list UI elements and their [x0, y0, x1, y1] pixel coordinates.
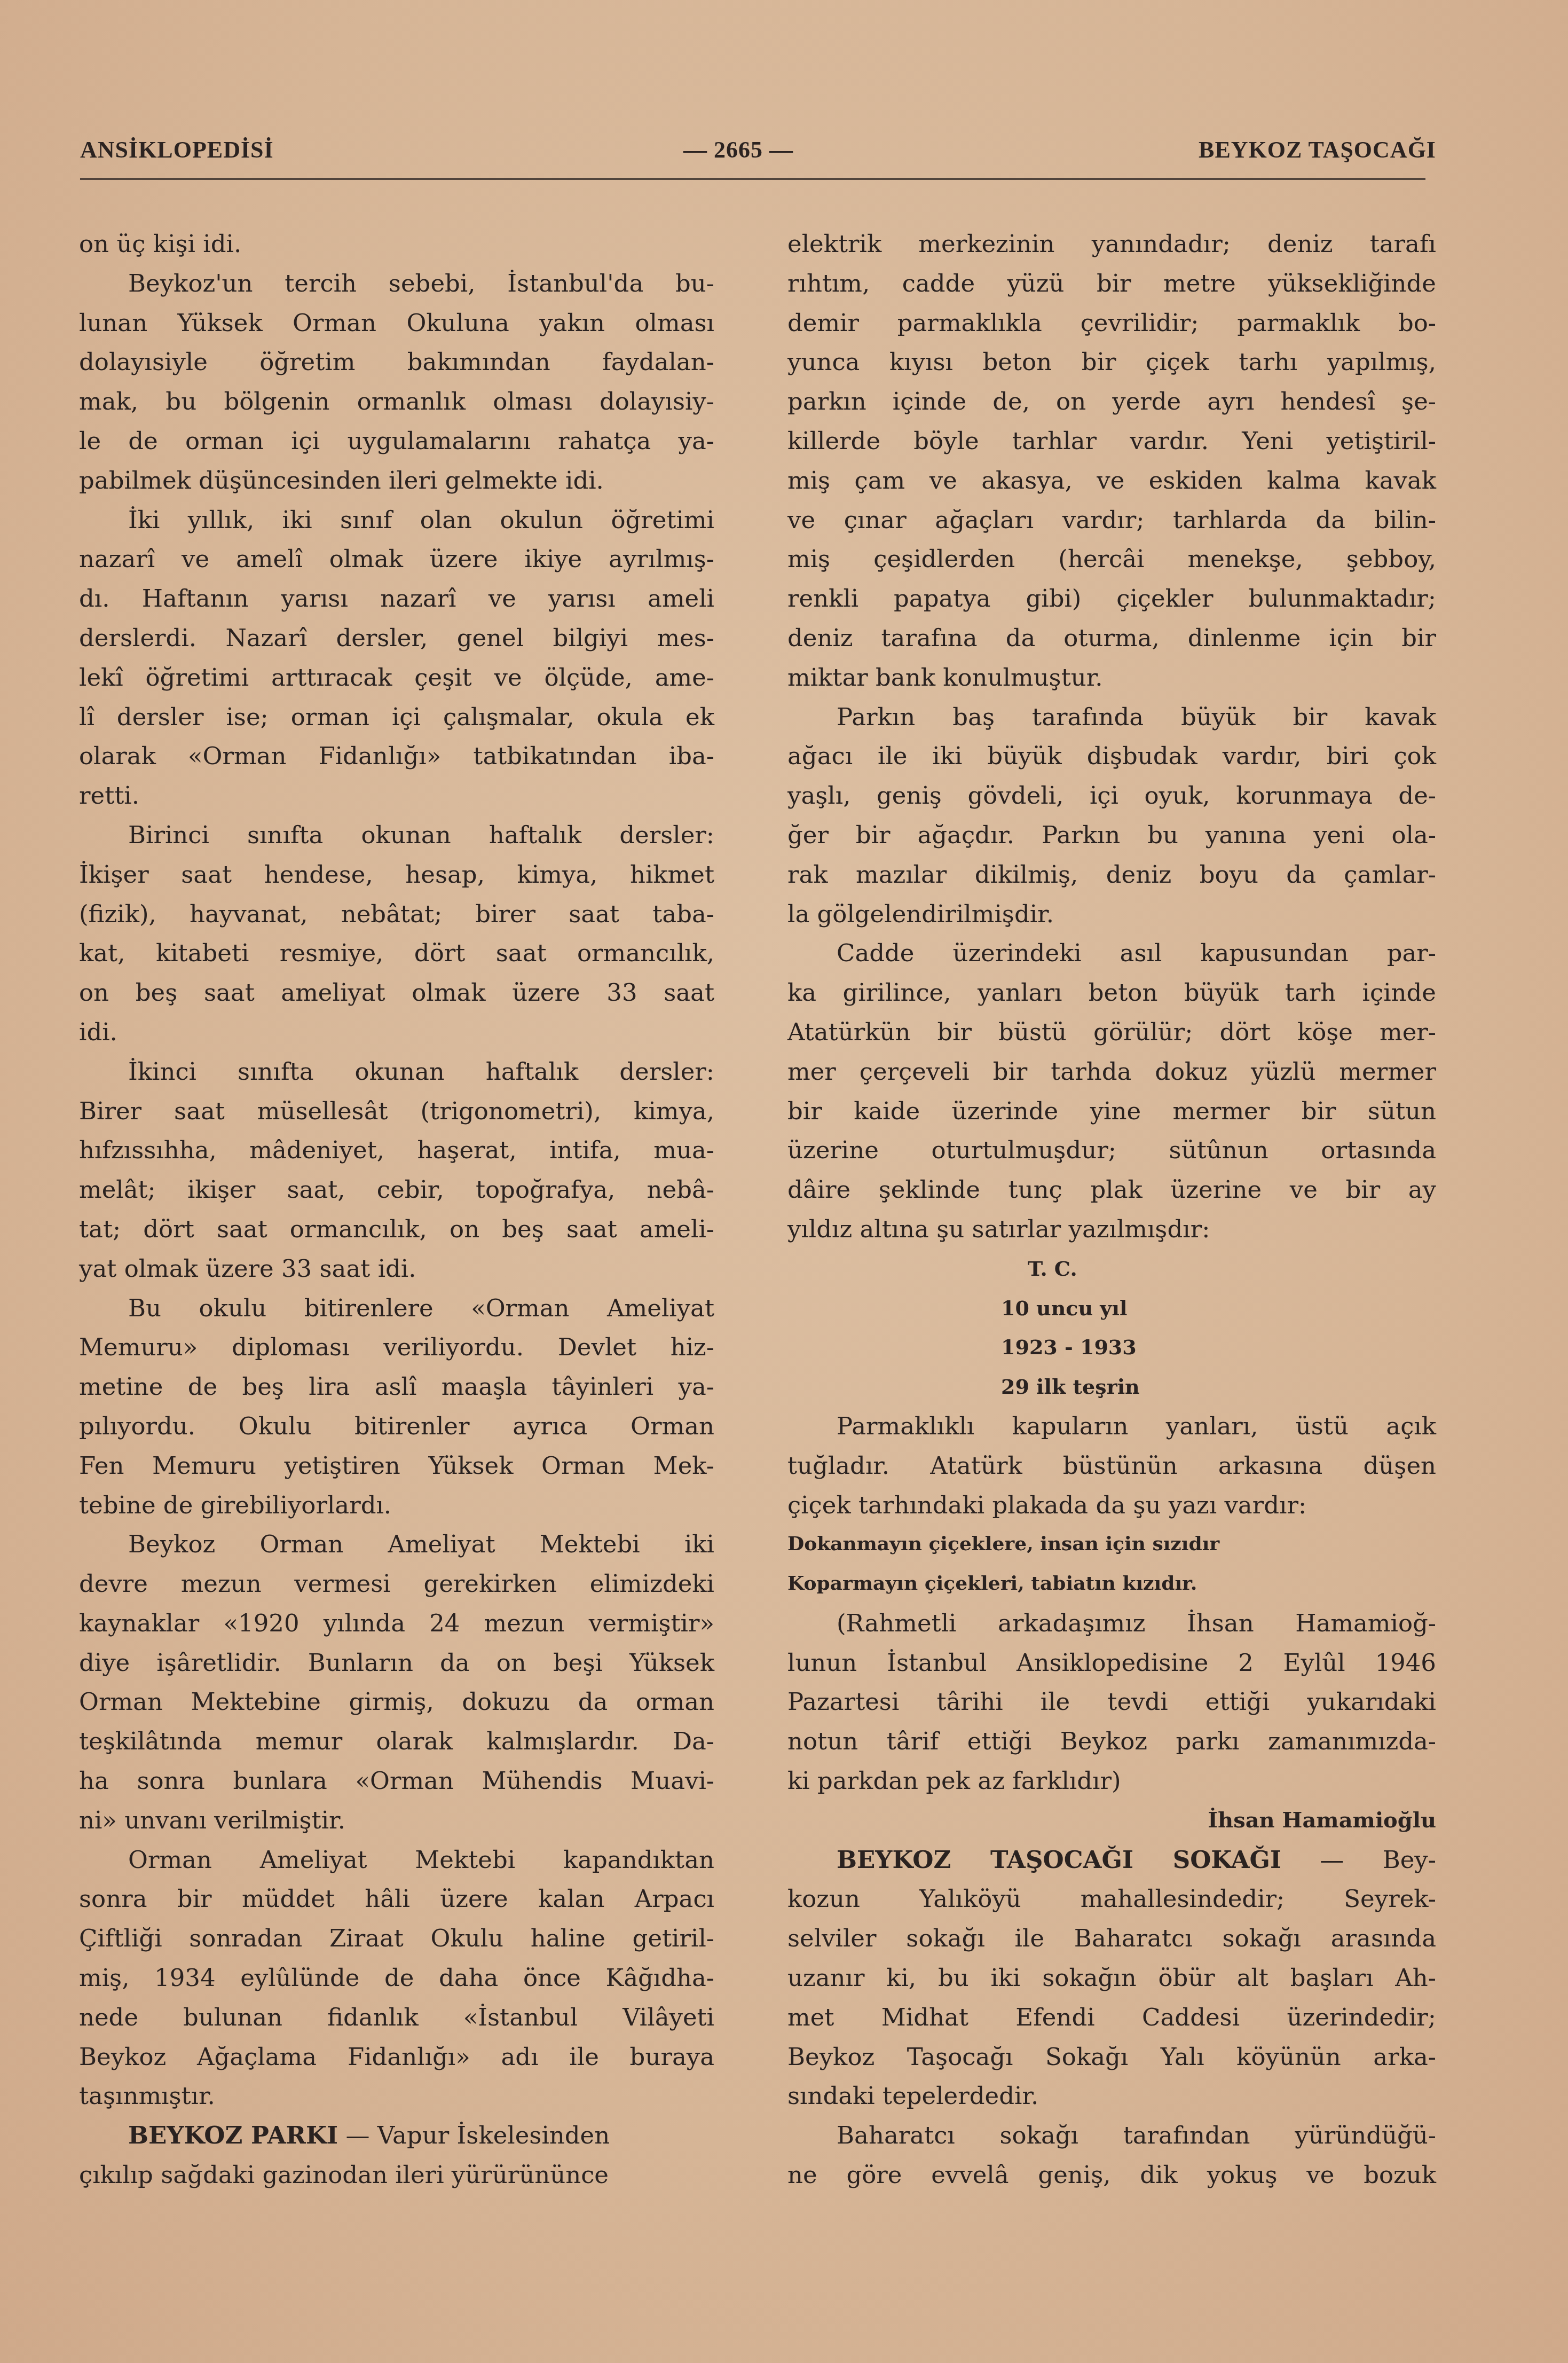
text-line: yıldız altına şu satırlar yazılmışdır:: [787, 1210, 1436, 1249]
header-right-title: BEYKOZ TAŞOCAĞI: [1199, 136, 1436, 163]
text-line: sındaki tepelerdedir.: [787, 2076, 1436, 2116]
plaque-line: Dokanmayın çiçeklere, insan için sızıdır: [787, 1525, 1436, 1564]
text-line: teşkilâtında memur olarak kalmışlardır. …: [79, 1722, 714, 1761]
text-line: İki yıllık, iki sınıf olan okulun öğreti…: [79, 500, 714, 540]
text-line: Orman Mektebine girmiş, dokuzu da orman: [79, 1682, 714, 1722]
text-line: Parkın baş tarafında büyük bir kavak: [787, 697, 1436, 737]
text-line: Orman Ameliyat Mektebi kapandıktan: [79, 1840, 714, 1880]
text-line: sonra bir müddet hâli üzere kalan Arpacı: [79, 1879, 714, 1919]
text-line: melât; ikişer saat, cebir, topoğrafya, n…: [79, 1170, 714, 1210]
text-line: devre mezun vermesi gerekirken elimizdek…: [79, 1564, 714, 1604]
text-line: tebine de girebiliyorlardı.: [79, 1486, 714, 1525]
text-line: uzanır ki, bu iki sokağın öbür alt başla…: [787, 1958, 1436, 1998]
text-line: mak, bu bölgenin ormanlık olması dolayıs…: [79, 382, 714, 421]
text-line: Beykoz Taşocağı Sokağı Yalı köyünün arka…: [787, 2037, 1436, 2077]
text-line: taşınmıştır.: [79, 2076, 714, 2116]
text-line: miş çam ve akasya, ve eskiden kalma kava…: [787, 461, 1436, 500]
text-line: diye işâretlidir. Bunların da on beşi Yü…: [79, 1643, 714, 1683]
text-line: tat; dört saat ormancılık, on beş saat a…: [79, 1210, 714, 1249]
text-line: Fen Memuru yetiştiren Yüksek Orman Mek-: [79, 1446, 714, 1486]
text-line: Çiftliği sonradan Ziraat Okulu haline ge…: [79, 1919, 714, 1958]
text-line: bir kaide üzerinde yine mermer bir sütun: [787, 1092, 1436, 1131]
text-line: renkli papatya gibi) çiçekler bulunmakta…: [787, 579, 1436, 618]
text-fragment: — Vapur İskelesinden: [345, 2121, 610, 2149]
text-line: Beykoz'un tercih sebebi, İstanbul'da bu-: [79, 264, 714, 303]
text-line: ha sonra bunlara «Orman Mühendis Muavi-: [79, 1761, 714, 1801]
text-line: miktar bank konulmuştur.: [787, 658, 1436, 697]
text-line: selviler sokağı ile Baharatcı sokağı ara…: [787, 1919, 1436, 1958]
note-line: lunun İstanbul Ansiklopedisine 2 Eylûl 1…: [787, 1643, 1436, 1683]
text-line: derslerdi. Nazarî dersler, genel bilgiyi…: [79, 618, 714, 658]
text-line: İkişer saat hendese, hesap, kimya, hikme…: [79, 855, 714, 894]
entry-title-beykoz-parki: BEYKOZ PARKI: [128, 2121, 338, 2149]
text-line: met Midhat Efendi Caddesi üzerindedir;: [787, 1998, 1436, 2037]
text-line: Birer saat müsellesât (trigonometri), ki…: [79, 1092, 714, 1131]
text-line: Memuru» diploması veriliyordu. Devlet hi…: [79, 1328, 714, 1367]
text-line: hıfzıssıhha, mâdeniyet, haşerat, intifa,…: [79, 1131, 714, 1170]
text-line: ve çınar ağaçları vardır; tarhlarda da b…: [787, 500, 1436, 540]
text-line: çiçek tarhındaki plakada da şu yazı vard…: [787, 1486, 1436, 1525]
text-line: parkın içinde de, on yerde ayrı hendesî …: [787, 382, 1436, 421]
text-line: demir parmaklıkla çevrilidir; parmaklık …: [787, 303, 1436, 343]
text-line: Baharatcı sokağı tarafından yüründüğü-: [787, 2116, 1436, 2155]
text-line: olarak «Orman Fidanlığı» tatbikatından i…: [79, 736, 714, 776]
text-line: yaşlı, geniş gövdeli, içi oyuk, korunmay…: [787, 776, 1436, 815]
text-line: İkinci sınıfta okunan haftalık dersler:: [79, 1052, 714, 1092]
text-line: miş çeşidlerden (hercâi menekşe, şebboy,: [787, 539, 1436, 579]
text-line: lunan Yüksek Orman Okuluna yakın olması: [79, 303, 714, 343]
text-line: idi.: [79, 1012, 714, 1052]
entry-heading-line: BEYKOZ TAŞOCAĞI SOKAĞI — Bey-: [787, 1840, 1436, 1880]
text-line: metine de beş lira aslî maaşla tâyinleri…: [79, 1367, 714, 1407]
text-line: ni» unvanı verilmiştir.: [79, 1801, 714, 1840]
text-line: on üç kişi idi.: [79, 224, 714, 264]
text-line: kat, kitabeti resmiye, dört saat ormancı…: [79, 933, 714, 973]
signature: İhsan Hamamioğlu: [787, 1801, 1436, 1840]
text-line: deniz tarafına da oturma, dinlenme için …: [787, 618, 1436, 658]
text-line: Beykoz Ağaçlama Fidanlığı» adı ile buray…: [79, 2037, 714, 2077]
inscription-line: 10 uncu yıl: [787, 1289, 1436, 1328]
text-line: ka girilince, yanları beton büyük tarh i…: [787, 973, 1436, 1012]
text-line: rak mazılar dikilmiş, deniz boyu da çaml…: [787, 855, 1436, 894]
text-line: le de orman içi uygulamalarını rahatça y…: [79, 421, 714, 461]
entry-title-beykoz-tasocagi-sokagi: BEYKOZ TAŞOCAĞI SOKAĞI: [837, 1846, 1281, 1874]
text-line: kozun Yalıköyü mahallesindedir; Seyrek-: [787, 1879, 1436, 1919]
note-line: Pazartesi târihi ile tevdi ettiği yukarı…: [787, 1682, 1436, 1722]
page-number: — 2665 —: [683, 136, 793, 163]
text-line: miş, 1934 eylûlünde de daha önce Kâğıdha…: [79, 1958, 714, 1998]
text-line: pabilmek düşüncesinden ileri gelmekte id…: [79, 461, 714, 500]
text-line: nede bulunan fidanlık «İstanbul Vilâyeti: [79, 1998, 714, 2037]
header-rule: [80, 178, 1425, 180]
text-line: ağacı ile iki büyük dişbudak vardır, bir…: [787, 736, 1436, 776]
text-line: lekî öğretimi arttıracak çeşit ve ölçüde…: [79, 658, 714, 697]
text-line: la gölgelendirilmişdir.: [787, 894, 1436, 934]
text-line: Atatürkün bir büstü görülür; dört köşe m…: [787, 1012, 1436, 1052]
text-line: killerde böyle tarhlar vardır. Yeni yeti…: [787, 421, 1436, 461]
inscription-line: 29 ilk teşrin: [787, 1367, 1436, 1407]
text-line: pılıyordu. Okulu bitirenler ayrıca Orman: [79, 1407, 714, 1446]
text-line: rıhtım, cadde yüzü bir metre yüksekliğin…: [787, 264, 1436, 303]
text-line: (fizik), hayvanat, nebâtat; birer saat t…: [79, 894, 714, 934]
text-line: dâire şeklinde tunç plak üzerine ve bir …: [787, 1170, 1436, 1210]
inscription-line: T. C.: [787, 1249, 1436, 1289]
text-line: Beykoz Orman Ameliyat Mektebi iki: [79, 1525, 714, 1564]
text-line: mer çerçeveli bir tarhda dokuz yüzlü mer…: [787, 1052, 1436, 1092]
text-line: ğer bir ağaçdır. Parkın bu yanına yeni o…: [787, 815, 1436, 855]
text-line: çıkılıp sağdaki gazinodan ileri yürürünü…: [79, 2155, 714, 2195]
text-line: elektrik merkezinin yanındadır; deniz ta…: [787, 224, 1436, 264]
text-line: lî dersler ise; orman içi çalışmalar, ok…: [79, 697, 714, 737]
text-line: ne göre evvelâ geniş, dik yokuş ve bozuk: [787, 2155, 1436, 2195]
text-line: Bu okulu bitirenlere «Orman Ameliyat: [79, 1289, 714, 1328]
text-fragment: — Bey-: [1320, 1846, 1436, 1874]
text-line: Birinci sınıfta okunan haftalık dersler:: [79, 815, 714, 855]
note-line: notun târif ettiği Beykoz parkı zamanımı…: [787, 1722, 1436, 1761]
text-line: on beş saat ameliyat olmak üzere 33 saat: [79, 973, 714, 1012]
text-line: dı. Haftanın yarısı nazarî ve yarısı ame…: [79, 579, 714, 618]
running-header: ANSİKLOPEDİSİ — 2665 — BEYKOZ TAŞOCAĞI: [80, 136, 1436, 168]
text-line: yat olmak üzere 33 saat idi.: [79, 1249, 714, 1289]
text-line: retti.: [79, 776, 714, 815]
entry-heading-line: BEYKOZ PARKI — Vapur İskelesinden: [79, 2116, 714, 2155]
text-line: Parmaklıklı kapuların yanları, üstü açık: [787, 1407, 1436, 1446]
text-line: tuğladır. Atatürk büstünün arkasına düşe…: [787, 1446, 1436, 1486]
text-line: nazarî ve amelî olmak üzere ikiye ayrılm…: [79, 539, 714, 579]
text-line: yunca kıyısı beton bir çiçek tarhı yapıl…: [787, 342, 1436, 382]
text-line: dolayısiyle öğretim bakımından faydalan-: [79, 342, 714, 382]
left-column: on üç kişi idi. Beykoz'un tercih sebebi,…: [79, 224, 714, 2195]
inscription-line: 1923 - 1933: [787, 1328, 1436, 1367]
header-left-title: ANSİKLOPEDİSİ: [80, 136, 274, 163]
text-line: kaynaklar «1920 yılında 24 mezun vermişt…: [79, 1604, 714, 1643]
text-line: üzerine oturtulmuşdur; sütûnun ortasında: [787, 1131, 1436, 1170]
text-line: Cadde üzerindeki asıl kapusundan par-: [787, 933, 1436, 973]
plaque-line: Koparmayın çiçekleri, tabiatın kızıdır.: [787, 1564, 1436, 1604]
right-column: elektrik merkezinin yanındadır; deniz ta…: [787, 224, 1436, 2195]
note-line: ki parkdan pek az farklıdır): [787, 1761, 1436, 1801]
note-line: (Rahmetli arkadaşımız İhsan Hamamioğ-: [787, 1604, 1436, 1643]
